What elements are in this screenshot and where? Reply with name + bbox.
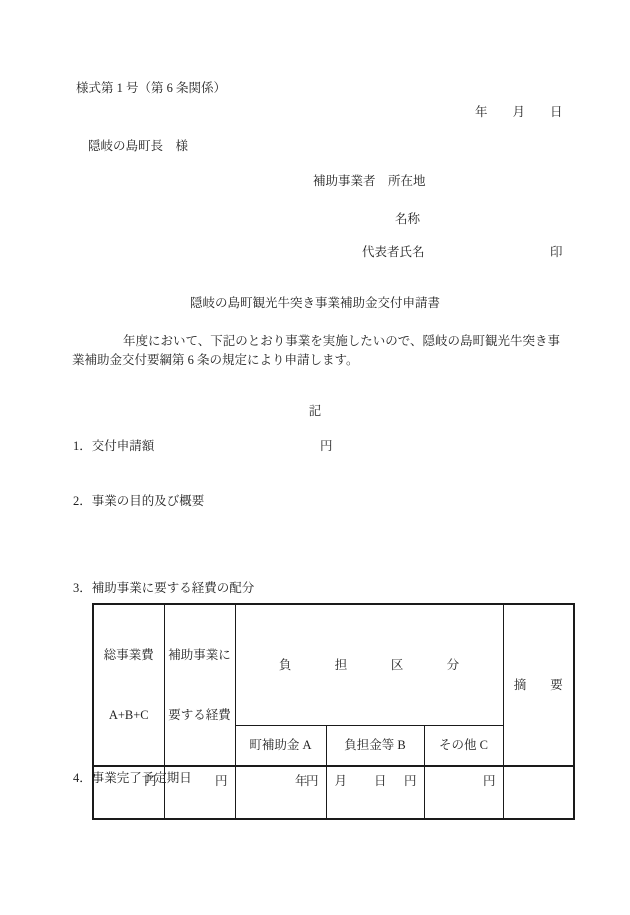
body-paragraph-line1: 年度において、下記のとおり事業を実施したいので、隠岐の島町観光牛突き事 <box>123 334 560 348</box>
applicant-name-label: 名称 <box>395 212 420 226</box>
item1-label: 1．交付申請額 <box>73 439 154 453</box>
seal-mark: 印 <box>550 245 563 259</box>
header-town-subsidy: 町補助金 A <box>235 725 326 766</box>
applicant-address-label: 補助事業者 所在地 <box>313 174 426 188</box>
date-month-label: 月 <box>513 102 526 120</box>
header-burden-fee: 負担金等 B <box>326 725 424 766</box>
header-burden-category: 負 担 区 分 <box>235 604 503 725</box>
header-project-cost-line1: 補助事業に <box>165 645 235 665</box>
item4-month-label: 月 <box>335 771 348 789</box>
item4-label: 4．事業完了予定期日 <box>73 771 192 785</box>
burden-char-1: 負 <box>279 655 292 675</box>
ki-marker: 記 <box>0 404 630 418</box>
representative-name-label: 代表者氏名 <box>362 245 425 259</box>
burden-char-4: 分 <box>447 655 460 675</box>
remarks-char-2: 要 <box>550 675 563 695</box>
header-total-cost: 総事業費 A+B+C <box>93 604 164 766</box>
item1-yen-unit: 円 <box>320 439 333 453</box>
body-paragraph-line2: 業補助金交付要綱第 6 条の規定により申請します。 <box>72 353 359 367</box>
document-title: 隠岐の島町観光牛突き事業補助金交付申請書 <box>0 296 630 310</box>
cell-remarks <box>503 766 574 819</box>
header-project-cost-line2: 要する経費 <box>165 705 235 725</box>
header-remarks: 摘 要 <box>503 604 574 766</box>
header-total-cost-line1: 総事業費 <box>94 645 164 665</box>
remarks-char-1: 摘 <box>514 675 527 695</box>
header-other: その他 C <box>424 725 503 766</box>
form-number: 様式第 1 号（第 6 条関係） <box>76 81 226 95</box>
date-line-top: 年 月 日 <box>475 102 563 120</box>
addressee-line: 隠岐の島町長 様 <box>88 139 188 153</box>
subsidy-application-form-page: 様式第 1 号（第 6 条関係） 年 月 日 隠岐の島町長 様 補助事業者 所在… <box>0 0 630 915</box>
item3-label: 3．補助事業に要する経費の配分 <box>73 581 254 595</box>
header-project-cost: 補助事業に 要する経費 <box>164 604 235 766</box>
item4-date-line: 年 月 日 <box>295 771 387 789</box>
cell-other-yen: 円 <box>424 766 503 819</box>
date-day-label: 日 <box>550 102 563 120</box>
date-year-label: 年 <box>475 102 488 120</box>
burden-char-3: 区 <box>391 655 404 675</box>
item2-label: 2．事業の目的及び概要 <box>73 494 204 508</box>
item4-day-label: 日 <box>374 771 387 789</box>
item4-year-label: 年 <box>295 771 308 789</box>
burden-char-2: 担 <box>335 655 348 675</box>
header-total-cost-line2: A+B+C <box>94 705 164 725</box>
